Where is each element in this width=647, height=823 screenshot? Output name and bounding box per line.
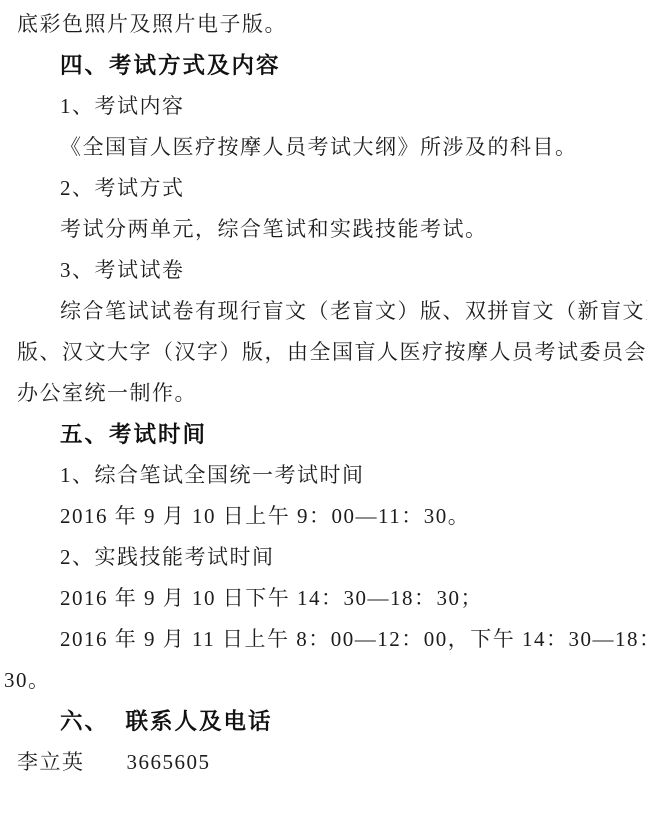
- text-line: 2016 年 9 月 10 日上午 9：00—11：30。: [0, 496, 647, 537]
- document-lines: 底彩色照片及照片电子版。四、考试方式及内容1、考试内容《全国盲人医疗按摩人员考试…: [0, 4, 647, 783]
- section-heading: 五、考试时间: [0, 414, 647, 455]
- contact-name: 李立英: [17, 750, 85, 774]
- text-line: 30。: [0, 660, 647, 701]
- section-heading: 四、考试方式及内容: [0, 45, 647, 86]
- text-line: 版、汉文大字（汉字）版，由全国盲人医疗按摩人员考试委员会: [0, 332, 647, 373]
- contact-line: 李立英3665605: [0, 742, 647, 783]
- text-line: 3、考试试卷: [0, 250, 647, 291]
- text-line: 2、考试方式: [0, 168, 647, 209]
- document-page: 底彩色照片及照片电子版。四、考试方式及内容1、考试内容《全国盲人医疗按摩人员考试…: [0, 0, 647, 823]
- text-line: 综合笔试试卷有现行盲文（老盲文）版、双拼盲文（新盲文）: [0, 291, 647, 332]
- text-line: 办公室统一制作。: [0, 373, 647, 414]
- contact-phone: 3665605: [127, 742, 211, 783]
- text-line: 2016 年 9 月 11 日上午 8：00—12：00，下午 14：30—18…: [0, 619, 647, 660]
- text-line: 1、综合笔试全国统一考试时间: [0, 455, 647, 496]
- text-line: 底彩色照片及照片电子版。: [0, 4, 647, 45]
- text-line: 《全国盲人医疗按摩人员考试大纲》所涉及的科目。: [0, 127, 647, 168]
- text-line: 2、实践技能考试时间: [0, 537, 647, 578]
- text-line: 2016 年 9 月 10 日下午 14：30—18：30；: [0, 578, 647, 619]
- section-heading: 六、 联系人及电话: [0, 701, 647, 742]
- text-line: 考试分两单元，综合笔试和实践技能考试。: [0, 209, 647, 250]
- text-line: 1、考试内容: [0, 86, 647, 127]
